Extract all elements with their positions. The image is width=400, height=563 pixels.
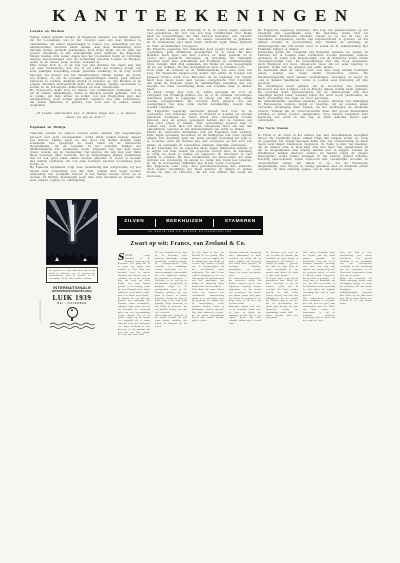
column-3-text-b: In China is de strijd in het nieuwe jaar… (258, 134, 368, 171)
rubric-column-7: Voor ons land is deze ontwikkeling niet … (340, 252, 372, 306)
banner-store-1: ZILVEN · · · · (124, 219, 144, 227)
rubric-heading: Zwart op wit: Francs, van Zeeland & Co. (108, 241, 268, 248)
rubric-column-3: En hier komt de heer van Zeeland in het … (192, 252, 224, 323)
banner-store-3-name: STAMEREN (225, 219, 256, 224)
column-3-subhead: Het Verre Oosten (258, 126, 368, 130)
expo-advert: Een grootsch en eenig schouwspel: des av… (46, 199, 98, 330)
drop-cap: S (118, 255, 125, 263)
banner-store-3: STAMEREN · · · · (225, 219, 256, 227)
banner-store-1-name: ZILVEN (124, 219, 144, 224)
skyline-silhouette (47, 247, 97, 264)
expo-title-line-3: LUIK 1939 (46, 294, 98, 302)
rubric-column-1: SEDERT eenige maanden is de Fransche fra… (118, 252, 150, 337)
rubric-column-6: Ook buiten Frankrijk heeft het herstel v… (303, 252, 335, 323)
rubric-column-2: De heer Reynaud heeft, toen hij in Novem… (155, 252, 187, 329)
banner-store-2-name: BEEKHUIZEN (166, 219, 203, 224)
expo-caption: Een grootsch en eenig schouwspel: des av… (46, 267, 98, 283)
column-1-heading: Londen en Moskou (30, 29, 141, 33)
column-2: Over Italië's eischen aan Frankrijk is i… (147, 26, 252, 181)
banner-names-row: ZILVEN · · · · BEEKHUIZEN · · · STAMEREN… (119, 217, 261, 229)
expo-night-photo (46, 199, 98, 265)
banner-store-1-sub: · · · · (124, 225, 144, 227)
banner-store-2-sub: · · · (166, 225, 203, 227)
banner-divider (155, 219, 156, 227)
expo-emblem-icon: ✦ (67, 307, 78, 318)
light-tower-icon (71, 205, 74, 241)
sail-icon (83, 258, 87, 261)
column-3-text-a: De Engelsche regeering beschouwt den loo… (258, 29, 368, 122)
pull-quote: „Te Londen onderhandelt men, te Moskou z… (35, 112, 136, 118)
column-2-text: Over Italië's eischen aan Frankrijk is i… (147, 29, 252, 178)
column-1-text-a: Eenige weken geleden maakte de Engelsche… (30, 36, 141, 107)
expo-dates: MEI - NOVEMBER (46, 302, 98, 305)
column-1-text-b: Tusschen Londen en Angora worden sedert … (30, 132, 141, 182)
water-waves-icon (49, 322, 95, 330)
banner-tagline: DE BESTE VAN DE BETERE BUITENMODELLEN (119, 229, 261, 234)
banner-store-3-sub: · · · · (225, 225, 256, 227)
banner-store-2: BEEKHUIZEN · · · (166, 219, 203, 227)
column-1: Londen en Moskou Eenige weken geleden ma… (30, 26, 141, 185)
banner-divider (213, 219, 214, 227)
advert-side-label: (ADVERTENTIE) (40, 300, 42, 322)
column-3: De Engelsche regeering beschouwt den loo… (258, 26, 368, 174)
sail-icon (55, 257, 59, 261)
rubric-column-1-text: EDERT eenige maanden is de Fransche fran… (118, 255, 150, 337)
newspaper-page: KANTTEEKENINGEN Londen en Moskou Eenige … (0, 0, 400, 563)
rubric-column-4: Daaraan ontbreekt vooralsnog alles. Duit… (229, 252, 261, 326)
masthead-title: KANTTEEKENINGEN (0, 7, 400, 24)
rubric-column-5: De Fransche pers trekt uit een en ander … (266, 252, 298, 320)
emblem-stand (71, 318, 72, 322)
column-1-subhead: Engeland en Turkije (30, 125, 141, 129)
store-banner-ad: ZILVEN · · · · BEEKHUIZEN · · · STAMEREN… (117, 216, 263, 235)
